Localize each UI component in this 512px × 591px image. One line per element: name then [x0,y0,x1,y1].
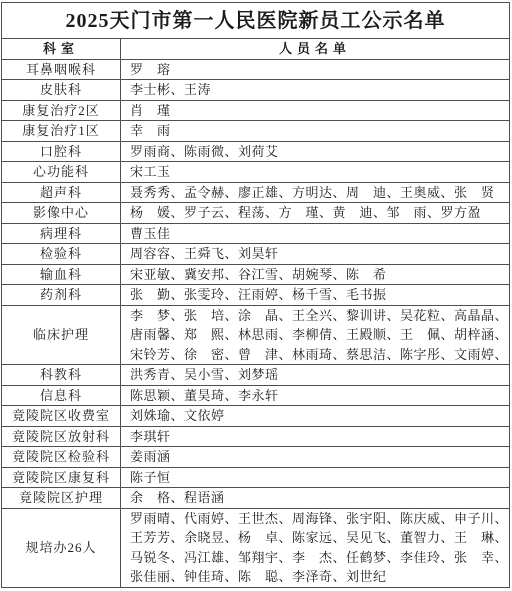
department-cell: 康复治疗2区 [2,101,121,121]
names-line: 唐雨馨、郑 熙、林思雨、李柳倩、王殿顺、王 佩、胡梓涵、 [130,325,509,345]
names-cell: 宋工玉 [121,162,509,182]
names-line: 肖 瑾 [130,101,509,121]
names-line: 幸 雨 [130,121,509,141]
names-line: 姜雨涵 [130,447,509,467]
names-cell: 刘姝瑜、文依婷 [121,406,509,426]
table-row: 输血科宋亚敏、冀安邦、谷江雪、胡婉琴、陈 希 [2,265,509,286]
names-cell: 罗雨晴、代雨婷、王世杰、周海锋、张宇阳、陈庆威、申子川、王芳芳、余晓昱、杨 卓、… [121,509,509,587]
names-cell: 宋亚敏、冀安邦、谷江雪、胡婉琴、陈 希 [121,265,509,285]
table-row: 康复治疗1区幸 雨 [2,121,509,142]
table-row: 竟陵院区康复科陈子恒 [2,468,509,489]
names-line: 宋亚敏、冀安邦、谷江雪、胡婉琴、陈 希 [130,265,509,285]
table-row: 检验科周容容、王舜飞、刘昊轩 [2,244,509,265]
names-line: 李琪轩 [130,427,509,447]
names-line: 罗雨商、陈雨微、刘荷艾 [130,142,509,162]
department-cell: 竟陵院区检验科 [2,447,121,467]
table-row: 科教科洪秀青、吴小雪、刘梦瑶 [2,365,509,386]
table-body: 耳鼻咽喉科罗 瑢皮肤科李士彬、王涛康复治疗2区肖 瑾康复治疗1区幸 雨口腔科罗雨… [2,60,509,587]
table-row: 耳鼻咽喉科罗 瑢 [2,60,509,81]
department-cell: 康复治疗1区 [2,121,121,141]
names-line: 周容容、王舜飞、刘昊轩 [130,244,509,264]
names-cell: 罗雨商、陈雨微、刘荷艾 [121,142,509,162]
table-row: 心功能科宋工玉 [2,162,509,183]
department-cell: 心功能科 [2,162,121,182]
table-row: 皮肤科李士彬、王涛 [2,80,509,101]
table-row: 信息科陈思颖、董昊琦、李永轩 [2,386,509,407]
names-line: 陈思颖、董昊琦、李永轩 [130,386,509,406]
names-cell: 杨 媛、罗子云、程荡、方 瑾、黄 迪、邹 雨、罗方盈 [121,203,509,223]
table-row: 竟陵院区收费室刘姝瑜、文依婷 [2,406,509,427]
names-line: 刘姝瑜、文依婷 [130,406,509,426]
department-cell: 竟陵院区收费室 [2,406,121,426]
table-row: 康复治疗2区肖 瑾 [2,101,509,122]
names-cell: 余 格、程语涵 [121,488,509,508]
department-cell: 竟陵院区护理 [2,488,121,508]
names-line: 洪秀青、吴小雪、刘梦瑶 [130,365,509,385]
names-cell: 幸 雨 [121,121,509,141]
names-line: 聂秀秀、孟令赫、廖正雄、方明达、周 迪、王奥威、张 贤 [130,183,509,203]
names-line: 杨 媛、罗子云、程荡、方 瑾、黄 迪、邹 雨、罗方盈 [130,203,509,223]
department-cell: 信息科 [2,386,121,406]
department-cell: 影像中心 [2,203,121,223]
table-row: 竟陵院区护理余 格、程语涵 [2,488,509,509]
names-cell: 陈子恒 [121,468,509,488]
names-line: 王芳芳、余晓昱、杨 卓、陈家远、吴见飞、董智力、王 琳、 [130,528,509,548]
table-row: 药剂科张 勤、张雯玲、汪雨婷、杨千雪、毛书振 [2,285,509,306]
names-line: 宋工玉 [130,162,509,182]
names-cell: 洪秀青、吴小雪、刘梦瑶 [121,365,509,385]
page-title: 2025天门市第一人民医院新员工公示名单 [2,3,509,39]
names-cell: 曹玉佳 [121,224,509,244]
department-cell: 竟陵院区放射科 [2,427,121,447]
names-line: 罗雨晴、代雨婷、王世杰、周海锋、张宇阳、陈庆威、申子川、 [130,509,509,529]
department-cell: 超声科 [2,183,121,203]
names-cell: 李琪轩 [121,427,509,447]
names-cell: 罗 瑢 [121,60,509,80]
names-line: 张佳丽、钟佳琦、陈 聪、李泽奇、刘世纪 [130,567,509,587]
table-row: 影像中心杨 媛、罗子云、程荡、方 瑾、黄 迪、邹 雨、罗方盈 [2,203,509,224]
department-cell: 临床护理 [2,306,121,365]
names-cell: 肖 瑾 [121,101,509,121]
department-cell: 耳鼻咽喉科 [2,60,121,80]
table-row: 超声科聂秀秀、孟令赫、廖正雄、方明达、周 迪、王奥威、张 贤 [2,183,509,204]
names-line: 宋铃芳、徐 密、曾 津、林雨琦、蔡思洁、陈字彤、文雨婷、文 [130,345,509,365]
department-cell: 病理科 [2,224,121,244]
table-header-row: 科室 人员名单 [2,39,509,60]
department-cell: 口腔科 [2,142,121,162]
department-cell: 输血科 [2,265,121,285]
names-cell: 周容容、王舜飞、刘昊轩 [121,244,509,264]
names-cell: 陈思颖、董昊琦、李永轩 [121,386,509,406]
department-cell: 规培办26人 [2,509,121,587]
column-header-department: 科室 [2,39,121,59]
names-line: 陈子恒 [130,468,509,488]
names-cell: 李士彬、王涛 [121,80,509,100]
names-cell: 李 梦、张 培、涂 晶、王全兴、黎训讲、吴花粒、高晶晶、唐雨馨、郑 熙、林思雨、… [121,306,509,365]
names-line: 马锐冬、冯江雄、邹翔宇、李 杰、任鹤梦、李佳玲、张 幸、 [130,548,509,568]
table-row: 竟陵院区检验科姜雨涵 [2,447,509,468]
names-line: 曹玉佳 [130,224,509,244]
table-row: 病理科曹玉佳 [2,224,509,245]
names-cell: 姜雨涵 [121,447,509,467]
table-row: 口腔科罗雨商、陈雨微、刘荷艾 [2,142,509,163]
department-cell: 检验科 [2,244,121,264]
names-line: 余 格、程语涵 [130,488,509,508]
table-row: 规培办26人罗雨晴、代雨婷、王世杰、周海锋、张宇阳、陈庆威、申子川、王芳芳、余晓… [2,509,509,587]
names-line: 李士彬、王涛 [130,80,509,100]
department-cell: 皮肤科 [2,80,121,100]
roster-table: 2025天门市第一人民医院新员工公示名单 科室 人员名单 耳鼻咽喉科罗 瑢皮肤科… [1,2,510,588]
names-line: 罗 瑢 [130,60,509,80]
department-cell: 竟陵院区康复科 [2,468,121,488]
names-line: 李 梦、张 培、涂 晶、王全兴、黎训讲、吴花粒、高晶晶、 [130,306,509,326]
names-line: 张 勤、张雯玲、汪雨婷、杨千雪、毛书振 [130,285,509,305]
table-row: 竟陵院区放射科李琪轩 [2,427,509,448]
column-header-names: 人员名单 [121,39,509,59]
department-cell: 药剂科 [2,285,121,305]
department-cell: 科教科 [2,365,121,385]
names-cell: 聂秀秀、孟令赫、廖正雄、方明达、周 迪、王奥威、张 贤 [121,183,509,203]
table-row: 临床护理李 梦、张 培、涂 晶、王全兴、黎训讲、吴花粒、高晶晶、唐雨馨、郑 熙、… [2,306,509,366]
names-cell: 张 勤、张雯玲、汪雨婷、杨千雪、毛书振 [121,285,509,305]
